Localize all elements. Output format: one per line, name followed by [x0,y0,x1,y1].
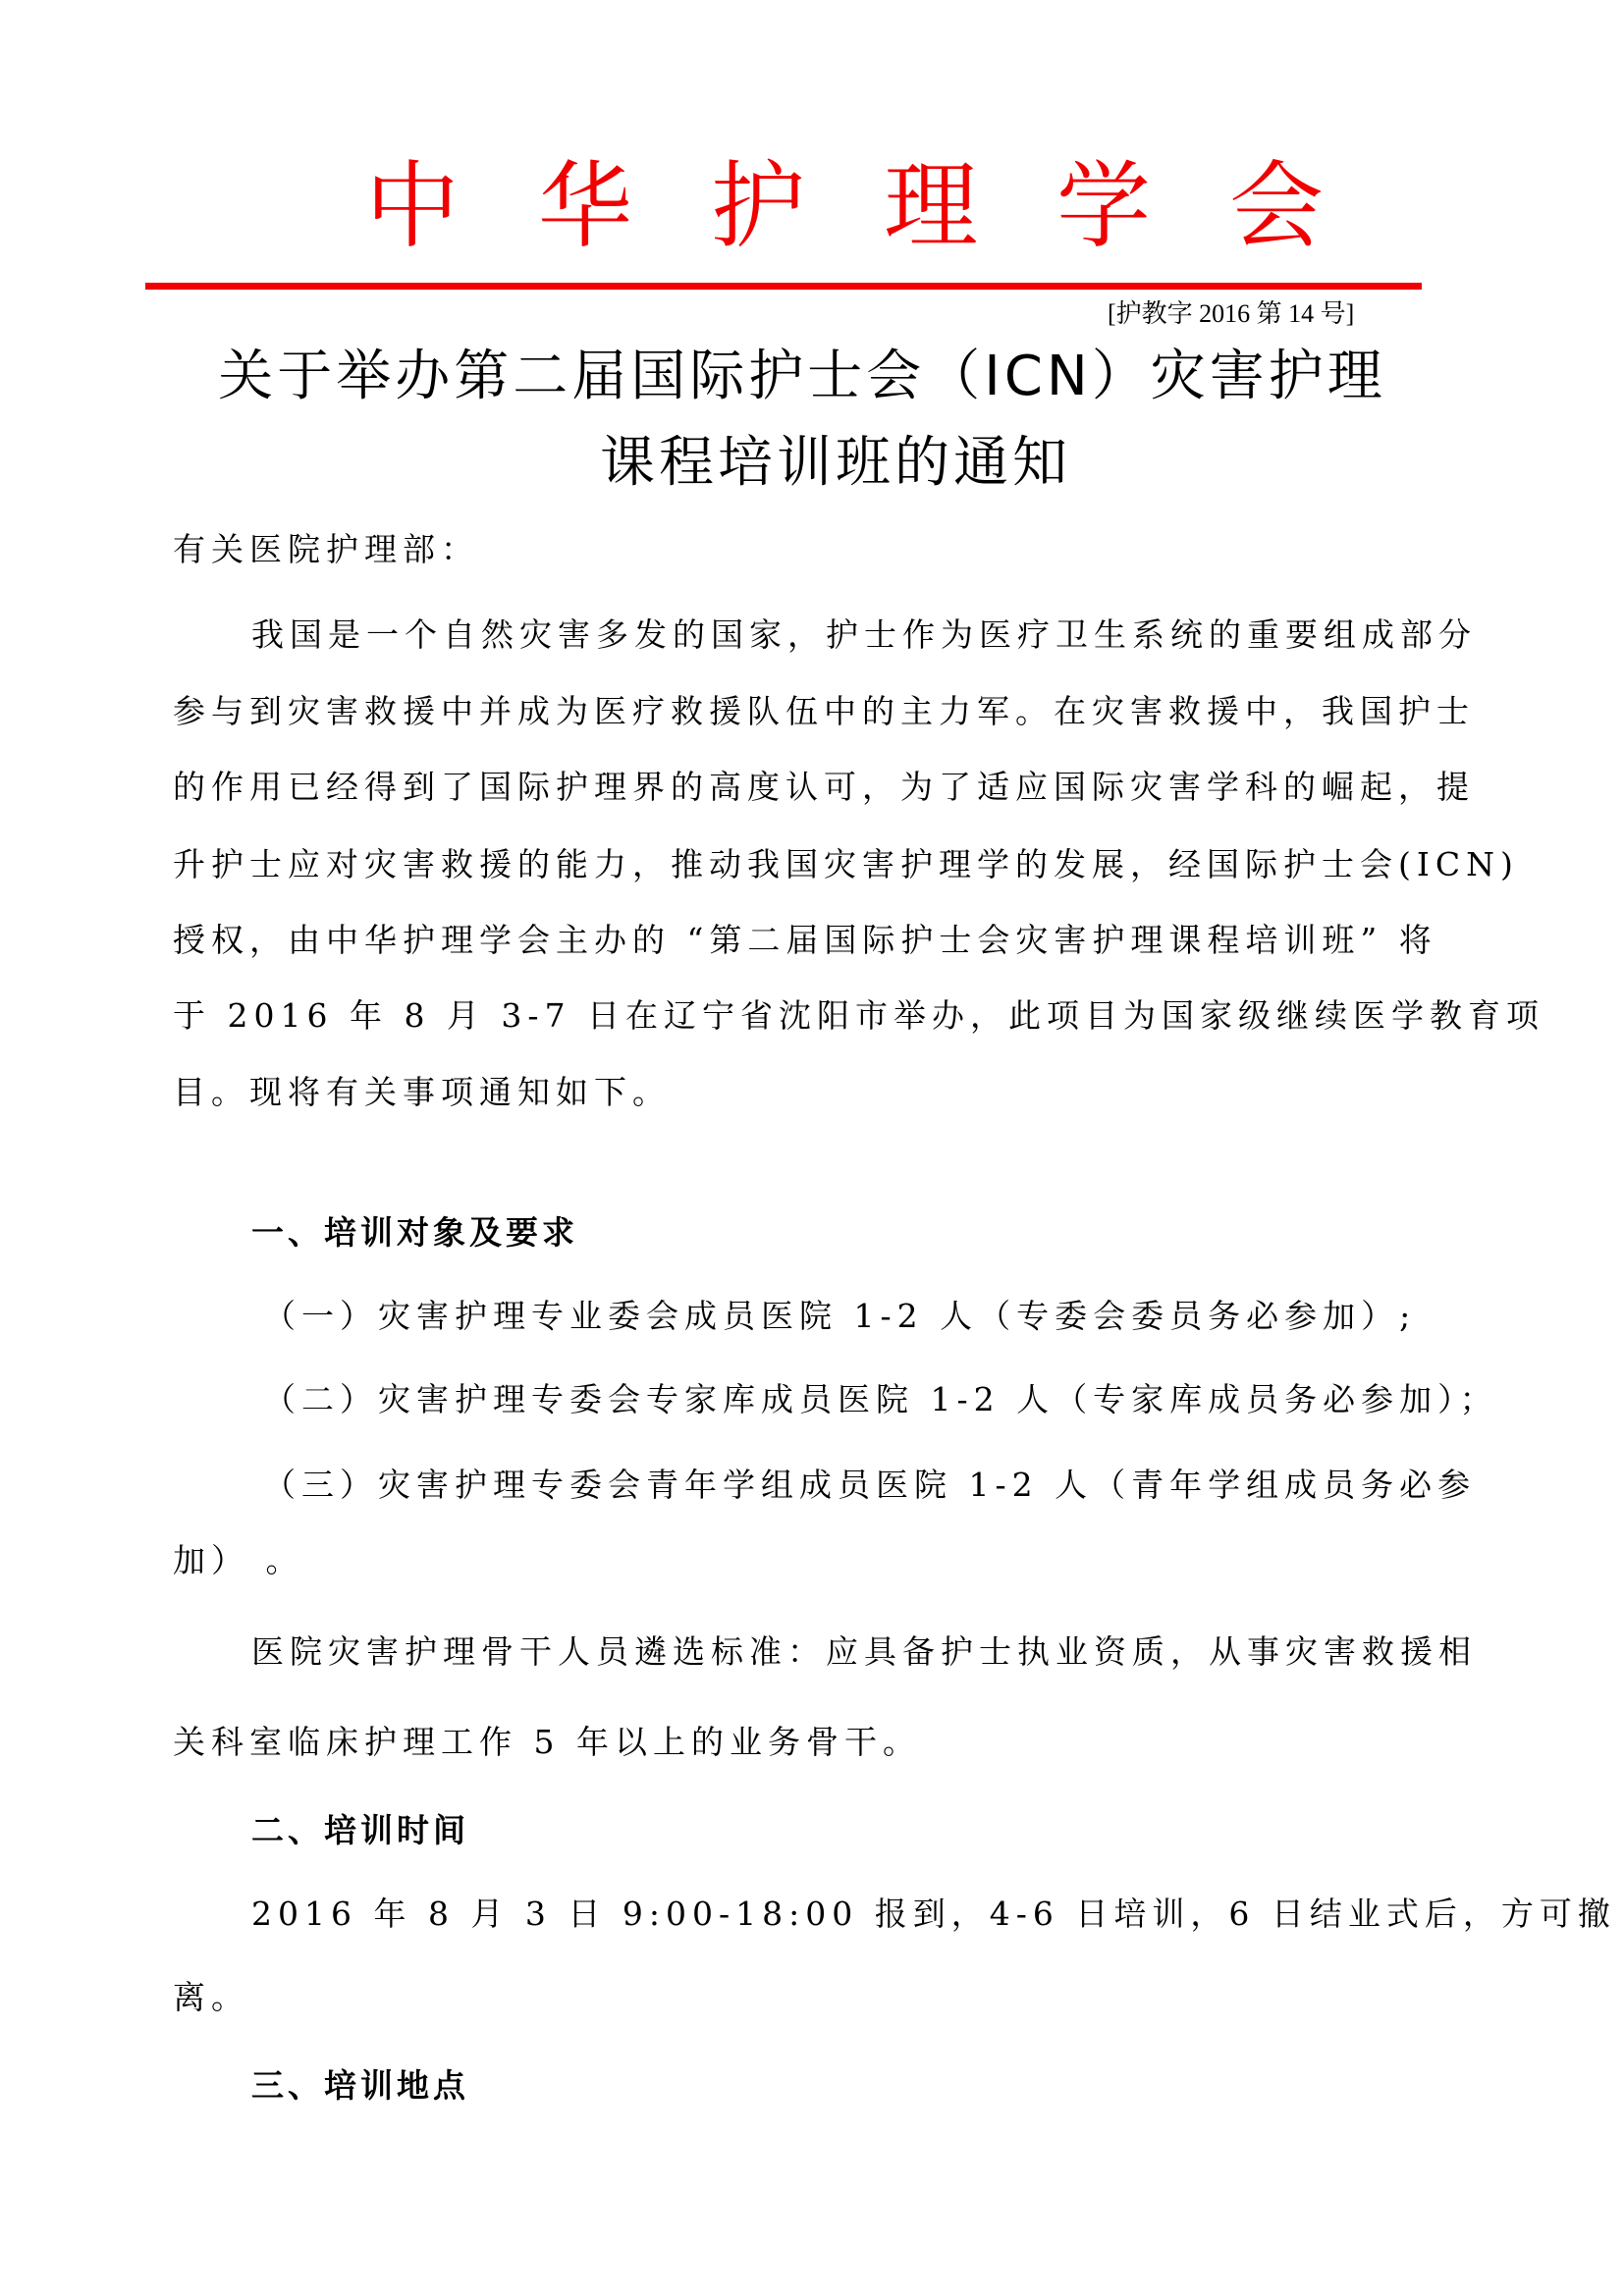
letterhead-char: 中 [353,159,471,253]
letterhead-char: 会 [1218,159,1335,253]
intro-line: 升护士应对灾害救援的能力，推动我国灾害护理学的发展，经国际护士会(ICN) [173,845,1519,884]
letterhead-divider [145,283,1422,290]
criteria-line: 关科室临床护理工作 5 年以上的业务骨干。 [173,1723,921,1762]
letterhead-char: 学 [1045,159,1163,253]
time-line: 离。 [173,1978,249,2017]
list-item: （二）灾害护理专委会专家库成员医院 1-2 人（专家库成员务必参加）； [263,1380,1498,1419]
criteria-line: 医院灾害护理骨干人员遴选标准：应具备护士执业资质，从事灾害救援相 [251,1632,1477,1672]
document-title-line-1: 关于举办第二届国际护士会（ICN）灾害护理 [0,346,1614,408]
section-heading: 二、培训时间 [251,1811,469,1850]
letterhead-char: 华 [526,159,644,253]
intro-line: 我国是一个自然灾害多发的国家，护士作为医疗卫生系统的重要组成部分 [251,615,1477,655]
intro-line: 目。现将有关事项通知如下。 [173,1073,671,1112]
document-page: 中 华 护 理 学 会 [护教字 2016 第 14 号] 关于举办第二届国际护… [0,0,1624,2296]
section-heading: 三、培训地点 [251,2066,469,2106]
intro-line: 于 2016 年 8 月 3-7 日在辽宁省沈阳市举办，此项目为国家级继续医学教… [173,996,1544,1036]
list-item-continuation: 加） 。 [173,1541,304,1580]
time-line: 2016 年 8 月 3 日 9:00-18:00 报到，4-6 日培训，6 日… [251,1895,1616,1934]
list-item: （三）灾害护理专委会青年学组成员医院 1-2 人（青年学组成员务必参 [263,1466,1476,1505]
document-number: [护教字 2016 第 14 号] [1108,296,1354,332]
intro-line: 参与到灾害救援中并成为医疗救援队伍中的主力军。在灾害救援中，我国护士 [173,692,1475,731]
intro-line: 的作用已经得到了国际护理界的高度认可，为了适应国际灾害学科的崛起，提 [173,768,1475,807]
list-item: （一）灾害护理专业委会成员医院 1-2 人（专委会委员务必参加）; [263,1297,1416,1336]
section-heading: 一、培训对象及要求 [251,1213,578,1253]
intro-line: 授权，由中华护理学会主办的 “第二届国际护士会灾害护理课程培训班” 将 [173,921,1437,960]
document-title-line-2: 课程培训班的通知 [24,432,1624,495]
letterhead-char: 理 [872,159,990,253]
org-letterhead: 中 华 护 理 学 会 [353,147,1335,265]
letterhead-char: 护 [699,159,817,253]
salutation: 有关医院护理部： [173,530,479,569]
